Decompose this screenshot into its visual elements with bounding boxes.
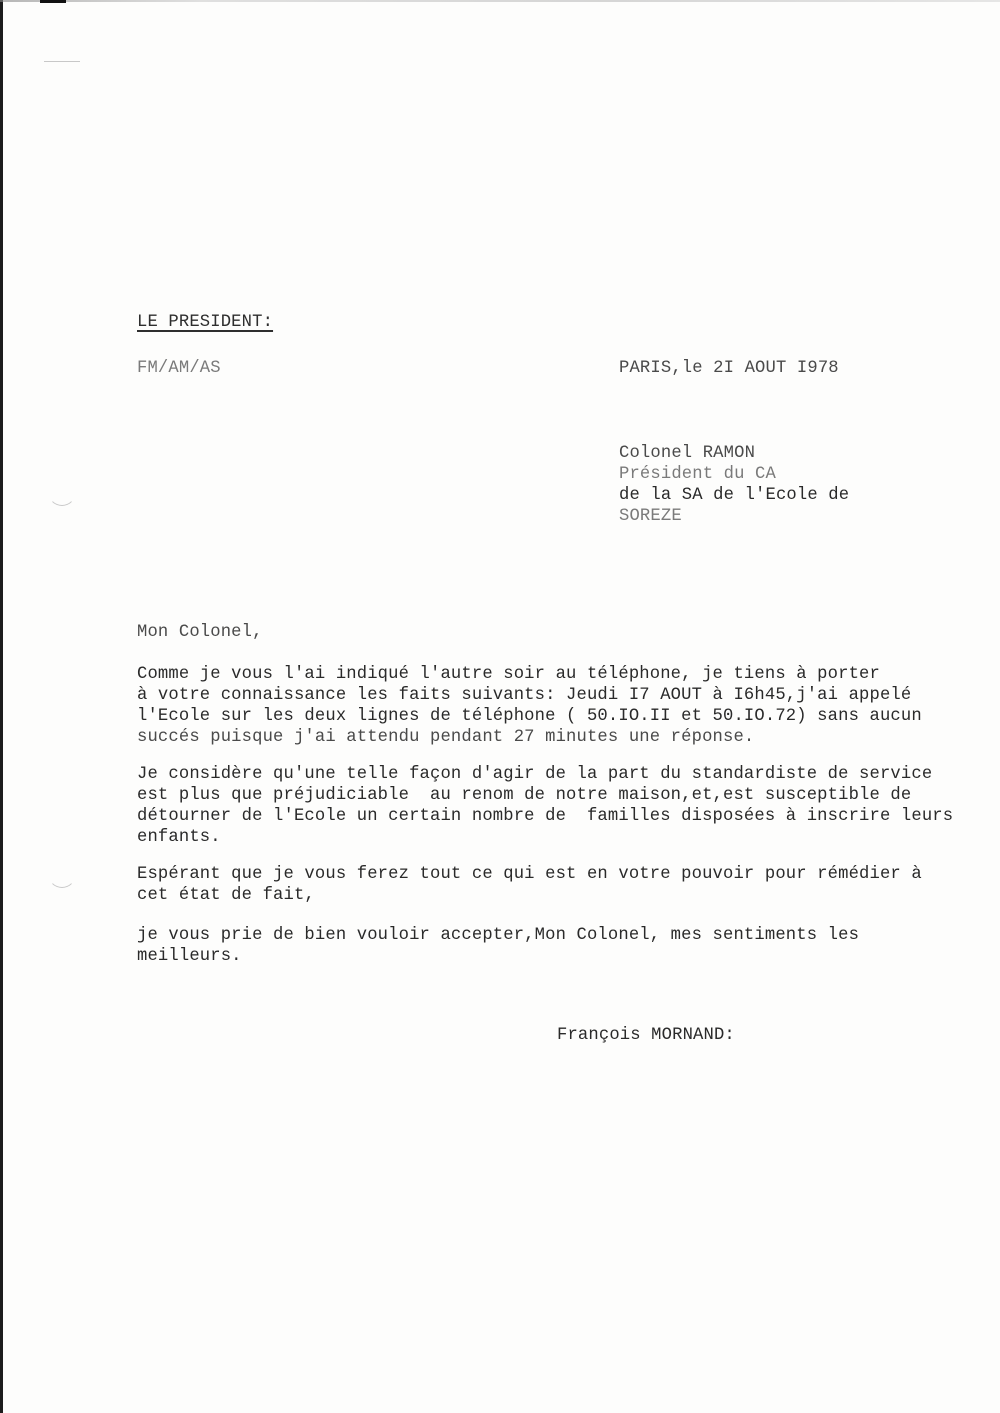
body-line: succés puisque j'ai attendu pendant 27 m…: [137, 727, 754, 749]
recipient-line: Colonel RAMON: [619, 443, 755, 465]
letter-heading: LE PRESIDENT:: [137, 312, 273, 334]
body-line: à votre connaissance les faits suivants:…: [137, 685, 911, 707]
body-line: meilleurs.: [137, 946, 242, 968]
body-line: Espérant que je vous ferez tout ce qui e…: [137, 864, 922, 886]
place-date: PARIS,le 2I AOUT I978: [619, 358, 839, 380]
body-line: cet état de fait,: [137, 885, 315, 907]
body-line: l'Ecole sur les deux lignes de téléphone…: [137, 706, 922, 728]
scan-edge-left: [0, 0, 3, 1413]
punch-hole-upper: [48, 478, 76, 506]
body-line: détourner de l'Ecole un certain nombre d…: [137, 806, 953, 828]
body-line: Comme je vous l'ai indiqué l'autre soir …: [137, 664, 880, 686]
letter-page: LE PRESIDENT: FM/AM/AS PARIS,le 2I AOUT …: [0, 0, 1000, 1413]
body-line: Je considère qu'une telle façon d'agir d…: [137, 764, 932, 786]
body-line: est plus que préjudiciable au renom de n…: [137, 785, 911, 807]
body-line: enfants.: [137, 827, 221, 849]
recipient-line: SOREZE: [619, 506, 682, 528]
punch-hole-lower: [48, 860, 76, 888]
recipient-line: de la SA de l'Ecole de: [619, 485, 849, 507]
scan-edge-top: [0, 0, 1000, 2]
scan-edge-mark: [40, 0, 66, 3]
reference-initials: FM/AM/AS: [137, 358, 221, 380]
faint-pencil-mark: [44, 61, 80, 62]
salutation: Mon Colonel,: [137, 622, 263, 644]
body-line: je vous prie de bien vouloir accepter,Mo…: [137, 925, 859, 947]
recipient-line: Président du CA: [619, 464, 776, 486]
signature: François MORNAND:: [557, 1025, 735, 1047]
